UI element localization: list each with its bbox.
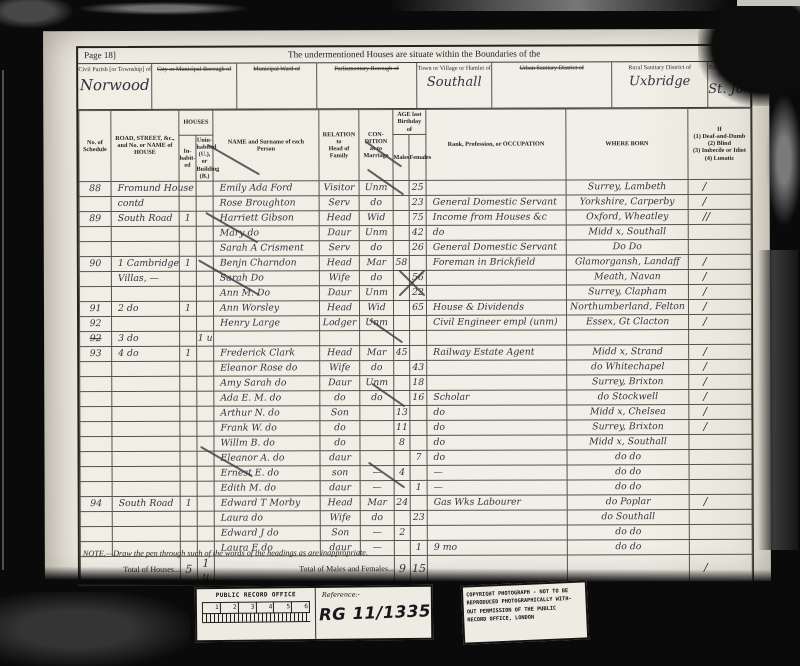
public-record-office-stamp: PUBLIC RECORD OFFICE 123456 Reference:- … [195, 585, 434, 642]
uninhabited-cell [197, 496, 214, 511]
road-cell: South Road [111, 211, 179, 226]
district-label: Ecclesiastical Parish or District of [708, 62, 760, 79]
age-female-cell [410, 435, 427, 450]
schedule-cell: 93 [80, 346, 112, 361]
relation-cell: Head [319, 255, 359, 270]
uninhabited-cell [197, 436, 214, 451]
age-female-cell: 25 [409, 180, 426, 195]
road-cell: contd [111, 196, 179, 211]
inhabited-cell [180, 421, 197, 436]
inhabited-cell: 1 [179, 211, 196, 226]
occupation-cell: do [427, 420, 567, 435]
relation-cell: daur [320, 480, 360, 495]
inhabited-cell [180, 391, 197, 406]
age-female-cell: 1 [410, 480, 427, 495]
age-female-cell [410, 465, 427, 480]
relation-cell: Head [319, 210, 359, 225]
condition-cell [360, 330, 394, 345]
age-female-cell [410, 330, 427, 345]
inhabited-cell [180, 436, 197, 451]
total-houses-label: Total of Houses... [80, 556, 180, 583]
condition-cell: Unm [359, 285, 393, 300]
born-cell: Surrey, Brixton [567, 419, 689, 434]
inhabited-cell [179, 286, 196, 301]
relation-cell: Daur [319, 285, 359, 300]
scan-artifact [737, 0, 800, 14]
total-uninhabited: 1 u [197, 556, 214, 583]
born-cell: Surrey, Clapham [566, 284, 688, 299]
schedule-cell: 88 [79, 181, 111, 196]
name-cell: Edith M. do [214, 481, 320, 496]
total-mark: / [689, 554, 752, 581]
disability-cell: / [689, 314, 752, 329]
born-cell: Midd x, Strand [567, 344, 689, 359]
disability-cell: / [688, 194, 751, 209]
condition-cell: Unm [359, 225, 393, 240]
col-header-born: WHERE BORN [566, 109, 688, 180]
disability-cell [689, 449, 752, 464]
born-cell: do Southall [567, 509, 689, 524]
disability-cell: / [689, 344, 752, 359]
age-male-cell [393, 210, 409, 225]
disability-cell: / [689, 404, 752, 419]
name-cell: Eleanor Rose do [214, 361, 320, 376]
condition-cell [360, 435, 394, 450]
relation-cell: do [320, 390, 360, 405]
age-female-cell: 23 [410, 510, 427, 525]
condition-cell: — [360, 480, 394, 495]
disability-cell: / [689, 419, 752, 434]
inhabited-cell [180, 376, 197, 391]
condition-cell: Wid [359, 210, 393, 225]
road-cell [112, 451, 180, 466]
schedule-cell: 92 [80, 331, 112, 346]
uninhabited-cell [197, 406, 214, 421]
district-label: Rural Sanitary District of [612, 62, 707, 72]
schedule-cell [80, 436, 112, 451]
road-cell [112, 406, 180, 421]
condition-cell: do [359, 270, 393, 285]
relation-cell: Head [320, 345, 360, 360]
age-female-cell: 7 [410, 450, 427, 465]
age-male-cell [394, 390, 410, 405]
inhabited-cell: 1 [180, 496, 197, 511]
uninhabited-cell [197, 481, 214, 496]
relation-cell [320, 330, 360, 345]
disability-cell [689, 329, 752, 344]
disability-cell: / [689, 359, 752, 374]
schedule-cell: 92 [80, 316, 112, 331]
uninhabited-cell [197, 316, 214, 331]
disability-cell: / [689, 374, 752, 389]
occupation-cell: Railway Estate Agent [427, 345, 567, 360]
inhabited-cell [179, 241, 196, 256]
name-cell: Arthur N. do [214, 406, 320, 421]
born-cell: do do [567, 524, 689, 539]
condition-cell: Unm [359, 180, 393, 195]
ruler-scale: 123456 [202, 601, 310, 614]
uninhabited-cell [197, 376, 214, 391]
scan-artifact [78, 2, 248, 15]
road-cell [112, 361, 180, 376]
schedule-cell [80, 451, 112, 466]
relation-cell: Daur [319, 225, 359, 240]
road-cell [111, 226, 179, 241]
disability-cell: / [688, 269, 751, 284]
condition-cell [360, 420, 394, 435]
occupation-cell: — [427, 480, 567, 495]
col-header-inhabited: In-habit-ed [179, 135, 196, 181]
uninhabited-cell [197, 361, 214, 376]
col-header-females: Females [409, 134, 426, 180]
inhabited-cell [180, 316, 197, 331]
disability-cell: / [688, 284, 751, 299]
scan-artifact [0, 592, 190, 666]
relation-cell: Son [320, 405, 360, 420]
road-cell: South Road [112, 496, 180, 511]
schedule-cell [80, 406, 112, 421]
occupation-cell: do [426, 225, 566, 240]
age-female-cell: 56 [409, 270, 426, 285]
name-cell: Sarah A Crisment [213, 241, 319, 256]
disability-cell [689, 509, 752, 524]
road-cell: Villas, — [111, 271, 179, 286]
relation-cell: Serv [319, 195, 359, 210]
condition-cell: do [360, 510, 394, 525]
district-value: St. John [708, 82, 760, 97]
occupation-cell: do [427, 450, 567, 465]
form-note: NOTE.—Draw the pen through such of the w… [83, 547, 603, 558]
inhabited-cell [180, 361, 197, 376]
condition-cell [360, 450, 394, 465]
totals-empty-cell [567, 554, 689, 581]
relation-cell: Head [320, 495, 360, 510]
road-cell [112, 511, 180, 526]
disability-cell [688, 224, 751, 239]
totals-empty-cell [427, 555, 567, 582]
uninhabited-cell [196, 226, 213, 241]
born-cell: Do Do [566, 239, 688, 254]
born-cell: Midd x, Southall [566, 224, 688, 239]
condition-cell: Mar [360, 345, 394, 360]
reference-label: Reference:- [322, 590, 431, 599]
schedule-cell [80, 511, 112, 526]
occupation-cell: Scholar [427, 390, 567, 405]
name-cell: Frank W. do [214, 421, 320, 436]
name-cell: Amy Sarah do [214, 376, 320, 391]
schedule-cell [80, 481, 112, 496]
schedule-cell: 90 [79, 256, 111, 271]
name-cell: Laura do [214, 511, 320, 526]
condition-cell: Mar [360, 495, 394, 510]
schedule-cell: 89 [79, 211, 111, 226]
uninhabited-cell [197, 511, 214, 526]
schedule-cell [79, 241, 111, 256]
born-cell: Surrey, Lambeth [566, 179, 688, 194]
occupation-cell: Gas Wks Labourer [427, 495, 567, 510]
uninhabited-cell [196, 196, 213, 211]
inhabited-cell: 1 [180, 346, 197, 361]
uninhabited-cell [197, 466, 214, 481]
born-cell: Midd x, Southall [567, 434, 689, 449]
col-header-disability: If (1) Deaf-and-Dumb (2) Blind (3) Imbec… [688, 108, 751, 179]
schedule-cell [80, 421, 112, 436]
road-cell: 2 do [111, 301, 179, 316]
scan-artifact [0, 0, 72, 28]
occupation-cell: General Domestic Servant [426, 195, 566, 210]
name-cell: Ada E. M. do [214, 391, 320, 406]
age-female-cell: 23 [409, 195, 426, 210]
occupation-cell [427, 330, 567, 345]
occupation-cell [427, 510, 567, 525]
born-cell: Essex, Gt Clacton [567, 314, 689, 329]
occupation-cell: General Domestic Servant [426, 240, 566, 255]
district-value: Southall [417, 75, 491, 90]
district-label: Parliamentary Borough of [317, 63, 416, 73]
age-male-cell: 45 [394, 345, 410, 360]
schedule-cell [79, 286, 111, 301]
name-cell: Mary do [213, 226, 319, 241]
name-cell: Ann Worsley [213, 301, 319, 316]
totals-row: Total of Houses... 5 1 u Total of Males … [80, 554, 752, 583]
occupation-cell [426, 270, 566, 285]
district-cell-3: Parliamentary Borough of [317, 63, 417, 108]
condition-cell: do [360, 390, 394, 405]
born-cell: do Poplar [567, 494, 689, 509]
district-value: Uxbridge [612, 74, 707, 89]
district-cell-2: Municipal Ward of [237, 63, 317, 108]
relation-cell: Wife [319, 270, 359, 285]
copyright-stamp: COPYRIGHT PHOTOGRAPH - NOT TO BEREPRODUC… [461, 580, 589, 644]
age-male-cell: 2 [394, 525, 410, 540]
condition-cell: Unm [360, 315, 394, 330]
condition-cell: do [359, 240, 393, 255]
age-male-cell [393, 225, 409, 240]
relation-cell: Wife [320, 510, 360, 525]
disability-cell [689, 479, 752, 494]
born-cell: Yorkshire, Carperby [566, 194, 688, 209]
age-female-cell: 42 [409, 225, 426, 240]
schedule-cell [79, 196, 111, 211]
occupation-cell: Civil Engineer empl (unm) [427, 315, 567, 330]
disability-cell [688, 239, 751, 254]
road-cell [111, 286, 179, 301]
schedule-cell [80, 466, 112, 481]
scan-artifact [2, 70, 4, 570]
district-value: Norwood [78, 76, 151, 94]
scan-artifact [766, 95, 800, 225]
disability-cell [689, 464, 752, 479]
relation-cell: Serv [319, 240, 359, 255]
born-cell: Midd x, Chelsea [567, 404, 689, 419]
schedule-cell [80, 391, 112, 406]
district-label: City or Municipal Borough of [152, 64, 236, 74]
occupation-cell: Foreman in Brickfield [426, 255, 566, 270]
age-male-cell: 24 [394, 495, 410, 510]
road-cell: Fromund House [111, 181, 179, 196]
age-male-cell: 8 [394, 435, 410, 450]
uninhabited-cell [196, 286, 213, 301]
district-cell-5: Urban Sanitary District of [492, 62, 612, 107]
condition-cell: do [359, 195, 393, 210]
schedule-cell [80, 376, 112, 391]
pro-reference-section: Reference:- RG 11/1335 [316, 587, 431, 639]
name-cell: Sarah Do [213, 271, 319, 286]
disability-cell: / [688, 254, 751, 269]
inhabited-cell [180, 526, 197, 541]
ruler-number: 3 [239, 602, 257, 614]
uninhabited-cell [197, 451, 214, 466]
disability-cell [689, 539, 752, 554]
born-cell [567, 329, 689, 344]
census-table-body: 88Fromund HouseEmily Ada FordVisitorUnm2… [79, 179, 752, 556]
ruler-number: 6 [292, 601, 310, 613]
relation-cell: daur [320, 450, 360, 465]
road-cell [112, 316, 180, 331]
col-header-males: Males [393, 134, 409, 180]
age-female-cell [410, 495, 427, 510]
age-male-cell [394, 375, 410, 390]
inhabited-cell [180, 466, 197, 481]
uninhabited-cell [196, 301, 213, 316]
uninhabited-cell [197, 526, 214, 541]
born-cell: Surrey, Brixton [567, 374, 689, 389]
occupation-cell [427, 375, 567, 390]
schedule-cell [79, 271, 111, 286]
inhabited-cell: 1 [179, 301, 196, 316]
occupation-cell [426, 180, 566, 195]
schedule-cell: 91 [79, 301, 111, 316]
road-cell [112, 526, 180, 541]
relation-cell: Daur [320, 375, 360, 390]
age-female-cell: 43 [410, 360, 427, 375]
occupation-cell [427, 360, 567, 375]
road-cell [111, 241, 179, 256]
name-cell: Frederick Clark [214, 346, 320, 361]
district-label: Civil Parish [or Township] of [78, 64, 151, 74]
relation-cell: Head [319, 300, 359, 315]
born-cell: do do [567, 449, 689, 464]
uninhabited-cell [196, 271, 213, 286]
occupation-cell [426, 285, 566, 300]
ruler-number: 2 [221, 602, 239, 614]
road-cell [112, 376, 180, 391]
scanned-census-page: Page 18] The undermentioned Houses are s… [0, 0, 800, 666]
age-female-cell [410, 315, 427, 330]
occupation-cell: Income from Houses &c [426, 210, 566, 225]
born-cell: Northumberland, Felton [566, 299, 688, 314]
road-cell [112, 436, 180, 451]
inhabited-cell [179, 271, 196, 286]
census-table: No. of Schedule ROAD, STREET, &c., and N… [78, 108, 753, 584]
occupation-cell [427, 525, 567, 540]
born-cell: do do [567, 479, 689, 494]
born-cell: do Whitechapel [567, 359, 689, 374]
census-form: Page 18] The undermentioned Houses are s… [76, 44, 754, 586]
age-female-cell: 18 [410, 375, 427, 390]
district-cell-0: Civil Parish [or Township] ofNorwood [78, 64, 152, 109]
total-persons-label: Total of Males and Females... [214, 555, 394, 583]
age-female-cell: 75 [409, 210, 426, 225]
age-male-cell [394, 450, 410, 465]
name-cell: Edward T Morby [214, 496, 320, 511]
age-male-cell [393, 285, 409, 300]
age-female-cell: 65 [409, 300, 426, 315]
road-cell [112, 421, 180, 436]
age-male-cell: 4 [394, 465, 410, 480]
occupation-cell: do [427, 435, 567, 450]
condition-cell: do [360, 360, 394, 375]
road-cell [112, 391, 180, 406]
ruler-number: 5 [274, 601, 292, 613]
uninhabited-cell [196, 181, 213, 196]
road-cell: 1 Cambridge [111, 256, 179, 271]
inhabited-cell [180, 331, 197, 346]
age-male-cell [393, 240, 409, 255]
district-label: Urban Sanitary District of [492, 62, 611, 72]
name-cell: Ann M. Do [213, 286, 319, 301]
born-cell: Meath, Navan [566, 269, 688, 284]
pro-ruler-section: PUBLIC RECORD OFFICE 123456 [197, 588, 317, 640]
relation-cell: Lodger [320, 315, 360, 330]
col-header-age: AGE last Birthday of [393, 109, 426, 134]
name-cell: Eleanor A. do [214, 451, 320, 466]
inhabited-cell [179, 196, 196, 211]
born-cell: do do [567, 464, 689, 479]
district-cell-1: City or Municipal Borough of [152, 64, 237, 109]
inhabited-cell [180, 406, 197, 421]
schedule-cell [80, 361, 112, 376]
age-female-cell [409, 255, 426, 270]
col-header-schedule: No. of Schedule [79, 111, 111, 182]
uninhabited-cell [196, 241, 213, 256]
road-cell: 3 do [112, 331, 180, 346]
uninhabited-cell [197, 391, 214, 406]
age-male-cell [394, 360, 410, 375]
inhabited-cell [179, 226, 196, 241]
inhabited-cell [180, 511, 197, 526]
age-female-cell: 22 [409, 285, 426, 300]
age-female-cell [410, 345, 427, 360]
age-female-cell: 26 [409, 240, 426, 255]
relation-cell: do [320, 420, 360, 435]
col-header-condition: CON- DITION as to Marriage [359, 110, 393, 181]
occupation-cell: do [427, 405, 567, 420]
inhabited-cell: 1 [179, 256, 196, 271]
condition-cell: Unm [360, 375, 394, 390]
total-females: 15 [410, 555, 427, 582]
age-female-cell [410, 420, 427, 435]
age-male-cell [393, 300, 409, 315]
schedule-cell: 94 [80, 496, 112, 511]
reference-number: RG 11/1335 [319, 601, 432, 624]
census-form-paper: Page 18] The undermentioned Houses are s… [43, 29, 771, 584]
district-label: Town or Village or Hamlet of [417, 63, 491, 73]
uninhabited-cell: 1 u [197, 331, 214, 346]
name-cell: Henry Large [214, 316, 320, 331]
age-male-cell [394, 315, 410, 330]
relation-cell: Son [320, 525, 360, 540]
col-header-relation: RELATION to Head of Family [319, 110, 359, 181]
road-cell [112, 481, 180, 496]
born-cell: Oxford, Wheatley [566, 209, 688, 224]
name-cell: Edward J do [214, 526, 320, 541]
form-title: The undermentioned Houses are situate wi… [78, 48, 750, 60]
relation-cell: Wife [320, 360, 360, 375]
col-header-occupation: Rank, Profession, or OCCUPATION [426, 109, 566, 180]
disability-cell: / [689, 389, 752, 404]
district-header-row: Civil Parish [or Township] ofNorwoodCity… [78, 62, 750, 110]
